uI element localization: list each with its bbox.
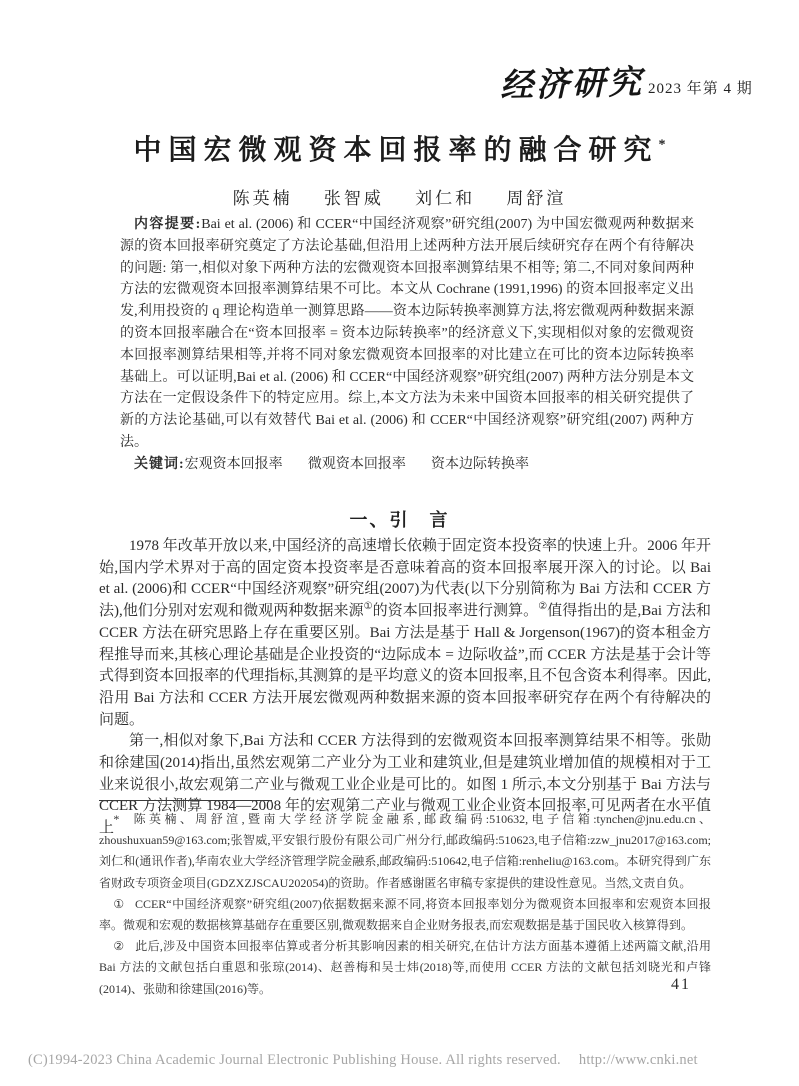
page-number: 41 <box>671 976 691 994</box>
body-paragraph-1: 1978 年改革开放以来,中国经济的高速增长依赖于固定资本投资率的快速上升。20… <box>99 536 711 731</box>
keyword: 微观资本回报率 <box>308 457 406 472</box>
page-title: 中国宏微观资本回报率的融合研究* <box>0 128 799 168</box>
footnote-ref-2: ② <box>538 601 547 612</box>
footnote-2-text: 此后,涉及中国资本回报率估算或者分析其影响因素的相关研究,在估计方法方面基本遵循… <box>99 939 711 995</box>
abstract-paragraph: 内容提要:Bai et al. (2006) 和 CCER“中国经济观察”研究组… <box>120 214 694 454</box>
body-text: 1978 年改革开放以来,中国经济的高速增长依赖于固定资本投资率的快速上升。20… <box>99 536 711 840</box>
abstract-label: 内容提要: <box>134 217 201 232</box>
footnote-1-marker: ① <box>113 894 124 915</box>
footnote-separator <box>99 800 272 801</box>
author-line: 陈英楠 张智威 刘仁和 周舒渲 <box>0 184 799 209</box>
author-name: 陈英楠 <box>233 189 293 208</box>
footnote-2-marker: ② <box>113 936 124 957</box>
body-text-segment: 的资本回报率进行测算。 <box>373 603 539 619</box>
keywords-line: 关键词:宏观资本回报率微观资本回报率资本边际转换率 <box>120 454 694 476</box>
copyright-text: (C)1994-2023 China Academic Journal Elec… <box>28 1052 561 1068</box>
footnotes-block: *陈英楠、周舒渲,暨南大学经济学院金融系,邮政编码:510632,电子信箱:ty… <box>99 809 711 1000</box>
footnote-2: ②此后,涉及中国资本回报率估算或者分析其影响因素的相关研究,在估计方法方面基本遵… <box>99 936 711 1000</box>
journal-masthead: 经济研究 2023 年第 4 期 <box>500 58 730 105</box>
footnote-1-text: CCER“中国经济观察”研究组(2007)依据数据来源不同,将资本回报率划分为微… <box>99 897 711 932</box>
author-name: 周舒渲 <box>506 189 566 208</box>
title-text: 中国宏微观资本回报率的融合研究 <box>133 135 658 166</box>
journal-page: 经济研究 2023 年第 4 期 中国宏微观资本回报率的融合研究* 陈英楠 张智… <box>0 0 799 1086</box>
section-heading: 一、引 言 <box>0 506 799 532</box>
author-name: 刘仁和 <box>415 189 475 208</box>
keyword: 资本边际转换率 <box>431 457 529 472</box>
footnote-star-text: 陈英楠、周舒渲,暨南大学经济学院金融系,邮政编码:510632,电子信箱:tyn… <box>99 812 711 890</box>
abstract-text: Bai et al. (2006) 和 CCER“中国经济观察”研究组(2007… <box>120 217 694 450</box>
footnote-star: *陈英楠、周舒渲,暨南大学经济学院金融系,邮政编码:510632,电子信箱:ty… <box>99 809 711 894</box>
author-name: 张智威 <box>324 189 384 208</box>
footnote-ref-1: ① <box>364 601 373 612</box>
body-text-segment: 值得指出的是,Bai 方法和 CCER 方法在研究思路上存在重要区别。Bai 方… <box>99 603 711 728</box>
keyword: 宏观资本回报率 <box>185 457 283 472</box>
cnki-url: http://www.cnki.net <box>579 1052 698 1068</box>
footnote-1: ①CCER“中国经济观察”研究组(2007)依据数据来源不同,将资本回报率划分为… <box>99 894 711 936</box>
journal-logo: 经济研究 <box>499 56 644 107</box>
footnote-star-marker: * <box>113 809 119 830</box>
journal-issue: 2023 年第 4 期 <box>648 77 753 105</box>
abstract-block: 内容提要:Bai et al. (2006) 和 CCER“中国经济观察”研究组… <box>120 214 694 476</box>
keywords-label: 关键词: <box>134 457 185 472</box>
title-footnote-symbol: * <box>659 138 666 153</box>
cnki-copyright-bar: (C)1994-2023 China Academic Journal Elec… <box>28 1052 788 1069</box>
